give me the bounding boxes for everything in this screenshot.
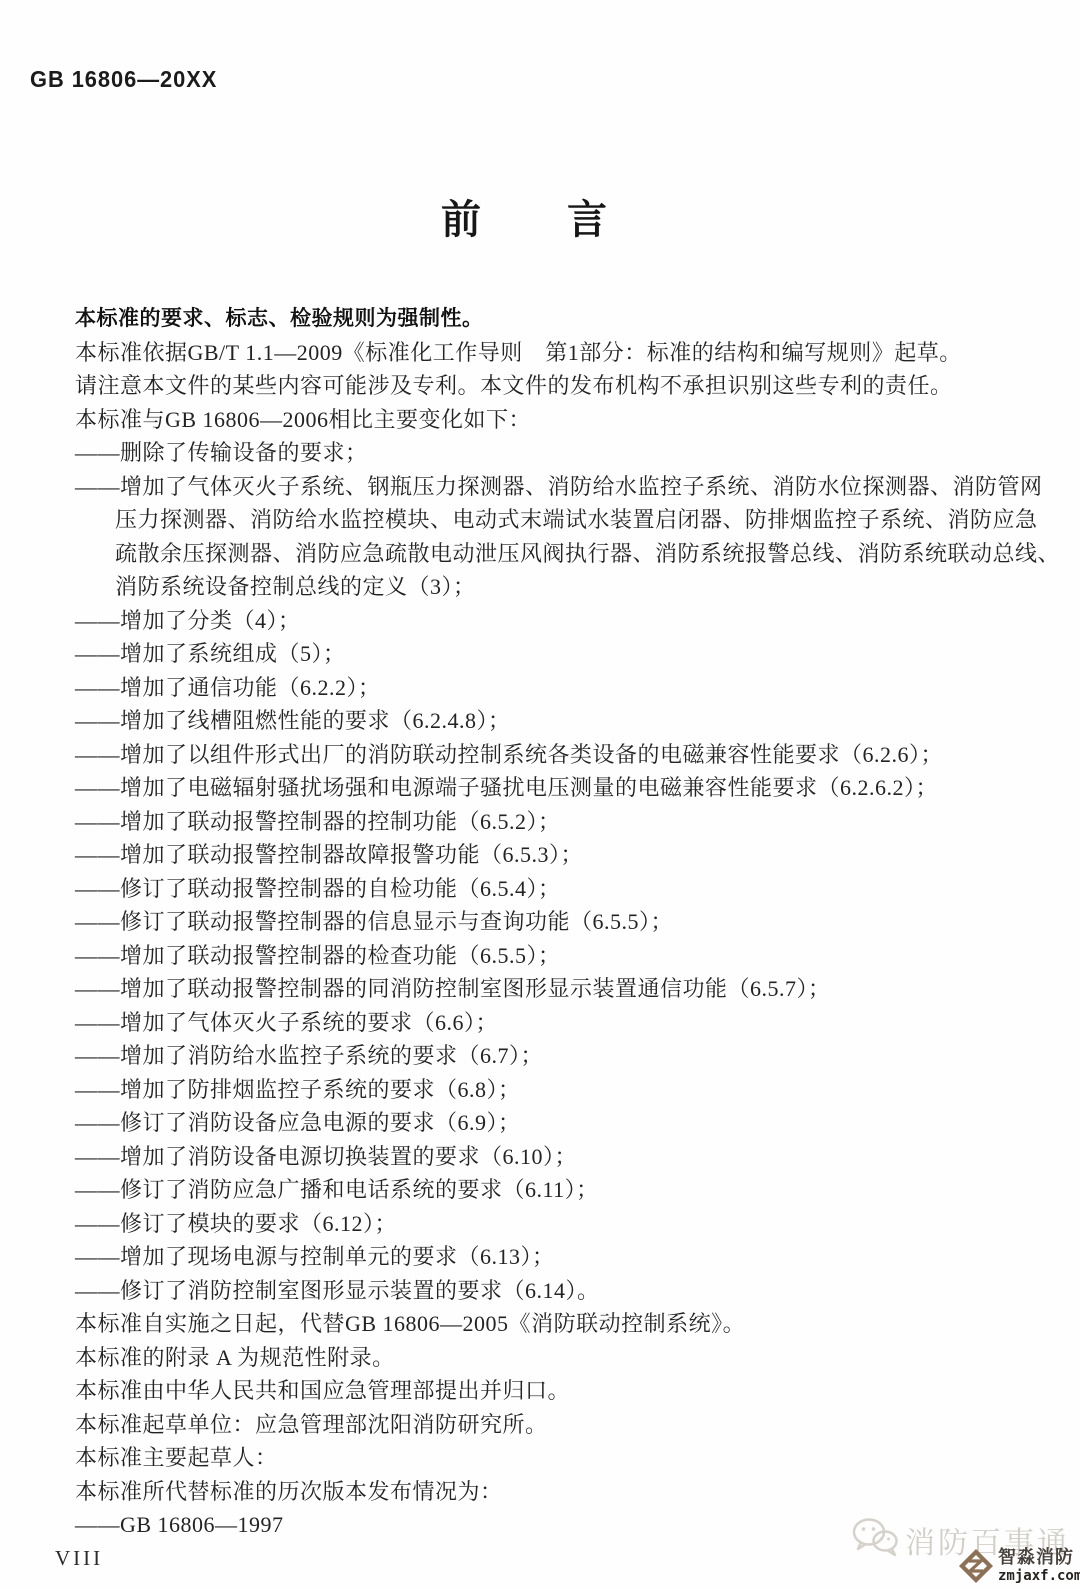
foreword-line: ——增加了防排烟监控子系统的要求（6.8）；	[75, 1073, 1050, 1107]
foreword-line: 本标准由中华人民共和国应急管理部提出并归口。	[75, 1374, 1050, 1408]
foreword-line: ——修订了消防应急广播和电话系统的要求（6.11）；	[75, 1173, 1050, 1207]
foreword-line: 本标准的要求、标志、检验规则为强制性。	[75, 302, 1050, 336]
foreword-line: ——增加了消防设备电源切换装置的要求（6.10）；	[75, 1140, 1050, 1174]
vendor-watermark: 智淼消防 zmjaxf.com	[958, 1548, 1080, 1589]
standard-number: GB 16806—20XX	[30, 66, 217, 93]
page-number: VIII	[55, 1546, 103, 1571]
foreword-line: ——增加了联动报警控制器的控制功能（6.5.2）；	[75, 805, 1050, 839]
foreword-line: ——修订了消防控制室图形显示装置的要求（6.14）。	[75, 1274, 1050, 1308]
foreword-line: 本标准起草单位：应急管理部沈阳消防研究所。	[75, 1408, 1050, 1442]
foreword-line: 疏散余压探测器、消防应急疏散电动泄压风阀执行器、消防系统报警总线、消防系统联动总…	[75, 537, 1050, 571]
foreword-line: ——增加了现场电源与控制单元的要求（6.13）；	[75, 1240, 1050, 1274]
foreword-line: 本标准的附录 A 为规范性附录。	[75, 1341, 1050, 1375]
foreword-line: ——增加了以组件形式出厂的消防联动控制系统各类设备的电磁兼容性能要求（6.2.6…	[75, 738, 1050, 772]
page-title: 前 言	[0, 188, 1050, 245]
foreword-body: 本标准的要求、标志、检验规则为强制性。 本标准依据GB/T 1.1—2009《标…	[75, 302, 1050, 1542]
foreword-line: 消防系统设备控制总线的定义（3）；	[75, 570, 1050, 604]
foreword-line: ——增加了联动报警控制器故障报警功能（6.5.3）；	[75, 838, 1050, 872]
foreword-line: 本标准与GB 16806—2006相比主要变化如下：	[75, 403, 1050, 437]
foreword-line: ——增加了气体灭火子系统的要求（6.6）；	[75, 1006, 1050, 1040]
foreword-line: ——修订了联动报警控制器的自检功能（6.5.4）；	[75, 872, 1050, 906]
foreword-line: ——增加了通信功能（6.2.2）；	[75, 671, 1050, 705]
foreword-line: ——增加了分类（4）；	[75, 604, 1050, 638]
document-page: GB 16806—20XX 前 言 本标准的要求、标志、检验规则为强制性。 本标…	[0, 0, 1080, 1589]
foreword-line: ——增加了气体灭火子系统、钢瓶压力探测器、消防给水监控子系统、消防水位探测器、消…	[75, 470, 1050, 504]
vendor-url: zmjaxf.com	[998, 1569, 1080, 1583]
vendor-name: 智淼消防	[998, 1548, 1080, 1566]
foreword-line: ——增加了线槽阻燃性能的要求（6.2.4.8）；	[75, 704, 1050, 738]
wechat-icon	[852, 1517, 898, 1562]
foreword-line: ——增加了消防给水监控子系统的要求（6.7）；	[75, 1039, 1050, 1073]
foreword-line: 本标准依据GB/T 1.1—2009《标准化工作导则 第1部分：标准的结构和编写…	[75, 336, 1050, 370]
foreword-line: 请注意本文件的某些内容可能涉及专利。本文件的发布机构不承担识别这些专利的责任。	[75, 369, 1050, 403]
vendor-logo-icon	[958, 1548, 994, 1589]
foreword-line: ——增加了联动报警控制器的同消防控制室图形显示装置通信功能（6.5.7）；	[75, 972, 1050, 1006]
foreword-line: ——修订了模块的要求（6.12）；	[75, 1207, 1050, 1241]
foreword-line: ——增加了电磁辐射骚扰场强和电源端子骚扰电压测量的电磁兼容性能要求（6.2.6.…	[75, 771, 1050, 805]
foreword-line: 本标准主要起草人：	[75, 1441, 1050, 1475]
foreword-line: 本标准自实施之日起，代替GB 16806—2005《消防联动控制系统》。	[75, 1307, 1050, 1341]
foreword-line: ——删除了传输设备的要求；	[75, 436, 1050, 470]
foreword-line: 压力探测器、消防给水监控模块、电动式末端试水装置启闭器、防排烟监控子系统、消防应…	[75, 503, 1050, 537]
foreword-line: ——增加了系统组成（5）；	[75, 637, 1050, 671]
foreword-line: ——修订了联动报警控制器的信息显示与查询功能（6.5.5）；	[75, 905, 1050, 939]
foreword-line: 本标准所代替标准的历次版本发布情况为：	[75, 1475, 1050, 1509]
foreword-line: ——修订了消防设备应急电源的要求（6.9）；	[75, 1106, 1050, 1140]
foreword-line: ——增加了联动报警控制器的检查功能（6.5.5）；	[75, 939, 1050, 973]
